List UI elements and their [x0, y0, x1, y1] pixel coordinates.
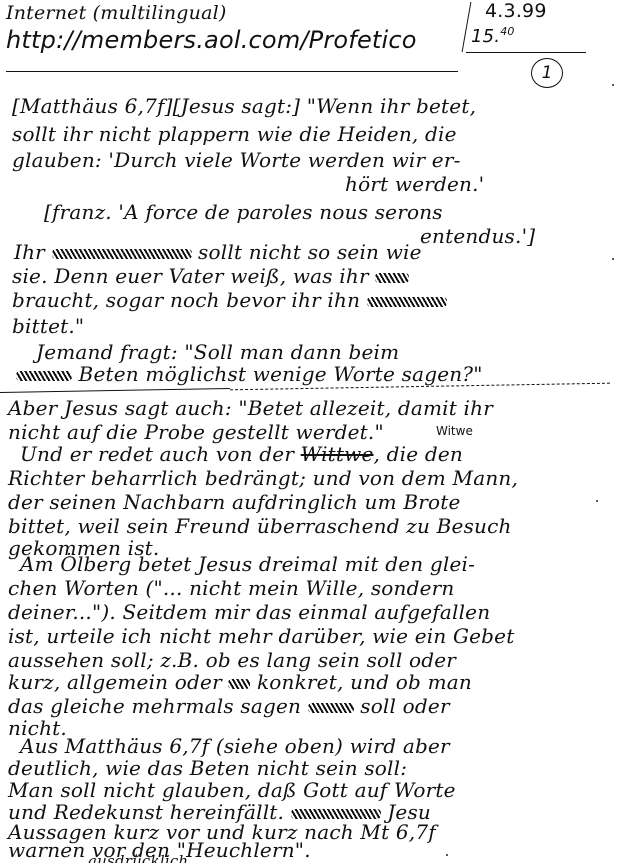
text-line: glauben: 'Durch viele Worte werden wir e… [12, 148, 461, 172]
header-url: http://members.aol.com/Profetico [6, 26, 417, 54]
scan-speck [612, 258, 614, 260]
scribble-out [52, 249, 192, 259]
text-line: bittet." [12, 314, 84, 338]
word: braucht, sogar noch bevor ihr ihn [12, 288, 367, 312]
scan-speck [596, 500, 598, 502]
text-line: sie. Denn euer Vater weiß, was ihr [12, 264, 409, 288]
word: Und er redet auch von der [20, 442, 301, 466]
scan-speck [612, 84, 614, 86]
underline-stroke [0, 388, 230, 393]
text-line: hört werden.' [345, 172, 484, 196]
text-line: das gleiche mehrmals sagen soll oder [8, 694, 450, 718]
text-line: Am Ölberg betet Jesus dreimal mit den gl… [20, 552, 475, 576]
scribble-out [291, 809, 381, 819]
page-number-circle: 1 [531, 58, 563, 88]
word: Beten möglichst wenige Worte sagen?" [72, 362, 483, 386]
word: sie. Denn euer Vater weiß, was ihr [12, 264, 375, 288]
text-line: nicht auf die Probe gestellt werdet." [8, 420, 384, 444]
scribble-out [228, 679, 250, 689]
text-line: Ihr sollt nicht so sein wie [14, 240, 422, 264]
text-line: sollt ihr nicht plappern wie die Heiden,… [12, 122, 457, 146]
date-rule [466, 52, 586, 53]
text-line: [franz. 'A force de paroles nous serons [44, 200, 443, 224]
word: konkret, und ob man [250, 670, 472, 694]
text-line: Aus Matthäus 6,7f (siehe oben) wird aber [20, 734, 450, 758]
header-title: Internet (multilingual) [6, 2, 227, 24]
text-line: chen Worten ("... nicht mein Wille, sond… [8, 576, 455, 600]
text-line: entendus.'] [420, 224, 535, 248]
word: sollt nicht so sein wie [192, 240, 422, 264]
date-bracket [462, 2, 472, 52]
scribble-out [16, 371, 72, 381]
inserted-word: ausdrücklich [88, 852, 188, 863]
text-line: der seinen Nachbarn aufdringlich um Brot… [8, 490, 461, 514]
word: Ihr [14, 240, 52, 264]
correction-note: Witwe [436, 424, 473, 438]
header-date: 4.3.99 [485, 0, 547, 22]
scribble-out [375, 273, 409, 283]
text-line: Richter beharrlich bedrängt; und von dem… [8, 466, 518, 490]
header-time: 15.40 [471, 25, 515, 47]
text-line: kurz, allgemein oder konkret, und ob man [8, 670, 472, 694]
text-line: Beten möglichst wenige Worte sagen?" [16, 362, 483, 386]
text-line: Jemand fragt: "Soll man dann beim [36, 340, 399, 364]
time-minutes: 40 [500, 25, 514, 38]
struck-word: Wittwe [301, 442, 374, 466]
word: , die den [374, 442, 463, 466]
scribble-out [308, 703, 354, 713]
text-line: ist, urteile ich nicht mehr darüber, wie… [8, 624, 514, 648]
word: soll oder [354, 694, 450, 718]
text-line: Aber Jesus sagt auch: "Betet allezeit, d… [8, 396, 493, 420]
text-line: Man soll nicht glauben, daß Gott auf Wor… [8, 778, 456, 802]
text-line: bittet, weil sein Freund überraschend zu… [8, 514, 512, 538]
header-rule [6, 71, 458, 72]
text-line: [Matthäus 6,7f][Jesus sagt:] "Wenn ihr b… [12, 94, 476, 118]
text-line: deiner..."). Seitdem mir das einmal aufg… [8, 600, 490, 624]
text-line: Und er redet auch von der Wittwe, die de… [20, 442, 463, 466]
word: kurz, allgemein oder [8, 670, 228, 694]
scan-speck [446, 854, 448, 856]
text-line: braucht, sogar noch bevor ihr ihn [12, 288, 447, 312]
text-line: aussehen soll; z.B. ob es lang sein soll… [8, 648, 456, 672]
scribble-out [367, 297, 447, 307]
word: das gleiche mehrmals sagen [8, 694, 308, 718]
handwritten-page: Internet (multilingual) http://members.a… [0, 0, 624, 863]
time-hours: 15. [471, 26, 500, 47]
text-line: deutlich, wie das Beten nicht sein soll: [8, 756, 407, 780]
